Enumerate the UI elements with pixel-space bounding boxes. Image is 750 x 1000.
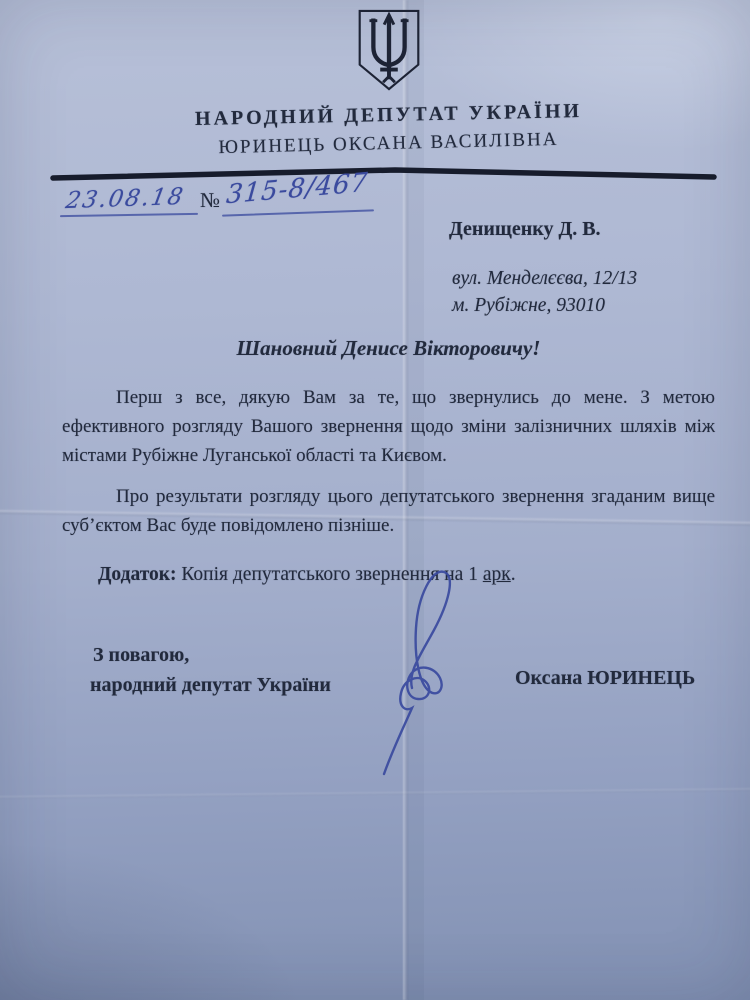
number-sign: № [200,188,220,213]
recipient-address-city: м. Рубіжне, 93010 [452,295,605,317]
body-paragraph-2: Про результати розгляду цього депутатськ… [62,482,715,540]
signer-name: Оксана ЮРИНЕЦЬ [515,667,695,690]
letter-photo: НАРОДНИЙ ДЕПУТАТ УКРАЇНИ ЮРИНЕЦЬ ОКСАНА … [0,0,750,1000]
lower-fold-crease [0,788,750,799]
recipient-address-street: вул. Менделєєва, 12/13 [452,268,637,290]
closing-regards: З повагою, [93,644,189,667]
date-handwritten: 23.08.18 [64,184,187,214]
attachment-label: Додаток: [98,564,177,585]
salutation: Шановний Денисе Вікторовичу! [62,336,715,361]
recipient-name: Денищенку Д. В. [449,218,601,241]
attachment-period: . [511,564,516,585]
number-underline [222,209,374,216]
letterhead-rule [50,167,718,183]
body-paragraph-1: Перш з все, дякую Вам за те, що звернули… [62,383,715,470]
signature-scribble [350,560,495,785]
ukraine-trident-emblem-icon [352,8,426,92]
closing-position: народний депутат України [90,674,331,697]
